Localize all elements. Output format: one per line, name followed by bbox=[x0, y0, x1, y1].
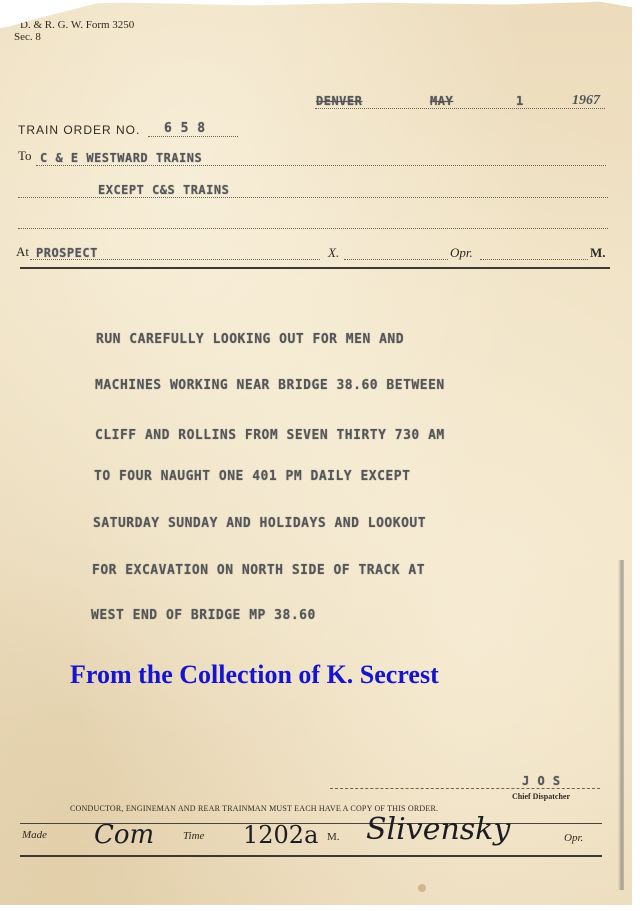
footer-bottom-rule bbox=[20, 855, 602, 857]
footer-opr-label: Opr. bbox=[564, 832, 583, 844]
time-label: Time bbox=[183, 830, 204, 842]
section-label: Sec. 8 bbox=[14, 31, 41, 43]
opr-line bbox=[480, 259, 588, 260]
at-label: At bbox=[16, 244, 29, 260]
to-line-2-value: EXCEPT C&S TRAINS bbox=[98, 183, 229, 197]
order-number: 6 5 8 bbox=[164, 121, 206, 136]
body-line: WEST END OF BRIDGE MP 38.60 bbox=[91, 608, 316, 623]
body-line: CLIFF AND ROLLINS FROM SEVEN THIRTY 730 … bbox=[95, 428, 445, 443]
opr-label: Opr. bbox=[450, 245, 473, 261]
m-label: M. bbox=[590, 245, 606, 261]
to-line-3 bbox=[18, 228, 608, 229]
paper-stain bbox=[418, 884, 426, 892]
page-edge-shadow bbox=[618, 560, 624, 890]
order-number-line bbox=[148, 136, 238, 137]
at-value: PROSPECT bbox=[36, 246, 98, 260]
place-value: DENVER bbox=[316, 94, 362, 108]
train-order-form: D. & R. G. W. Form 3250 Sec. 8 DENVER MA… bbox=[0, 0, 632, 905]
body-line: TO FOUR NAUGHT ONE 401 PM DAILY EXCEPT bbox=[94, 469, 410, 484]
body-line: RUN CAREFULLY LOOKING OUT FOR MEN AND bbox=[96, 332, 404, 347]
operator-signature: Slivensky bbox=[366, 812, 510, 847]
made-label: Made bbox=[22, 829, 47, 841]
year-value: 1967 bbox=[572, 93, 600, 109]
train-order-label: TRAIN ORDER NO. bbox=[18, 123, 140, 137]
to-line-2 bbox=[18, 197, 608, 198]
month-value: MAY bbox=[430, 94, 453, 108]
dispatcher-title: Chief Dispatcher bbox=[512, 792, 570, 801]
to-line-1-value: C & E WESTWARD TRAINS bbox=[40, 151, 202, 165]
railroad-name: D. & R. G. W. bbox=[20, 19, 83, 31]
dispatcher-line bbox=[330, 788, 600, 789]
date-line bbox=[315, 108, 605, 109]
to-line-1 bbox=[36, 165, 606, 166]
body-line: SATURDAY SUNDAY AND HOLIDAYS AND LOOKOUT bbox=[93, 516, 426, 531]
body-line: MACHINES WORKING NEAR BRIDGE 38.60 BETWE… bbox=[95, 378, 445, 393]
day-value: 1 bbox=[516, 94, 524, 108]
body-line: FOR EXCAVATION ON NORTH SIDE OF TRACK AT bbox=[92, 563, 425, 578]
collection-watermark: From the Collection of K. Secrest bbox=[70, 660, 439, 690]
x-line bbox=[344, 259, 448, 260]
made-value: Com bbox=[94, 820, 154, 850]
time-value: 1202a bbox=[243, 821, 318, 849]
to-label: To bbox=[18, 148, 32, 164]
dispatcher-initials: J O S bbox=[522, 774, 561, 788]
time-m-label: M. bbox=[327, 831, 340, 843]
x-label: X. bbox=[328, 245, 339, 261]
form-header: D. & R. G. W. Form 3250 bbox=[20, 19, 134, 31]
header-divider bbox=[20, 267, 610, 269]
form-number: Form 3250 bbox=[86, 19, 135, 31]
